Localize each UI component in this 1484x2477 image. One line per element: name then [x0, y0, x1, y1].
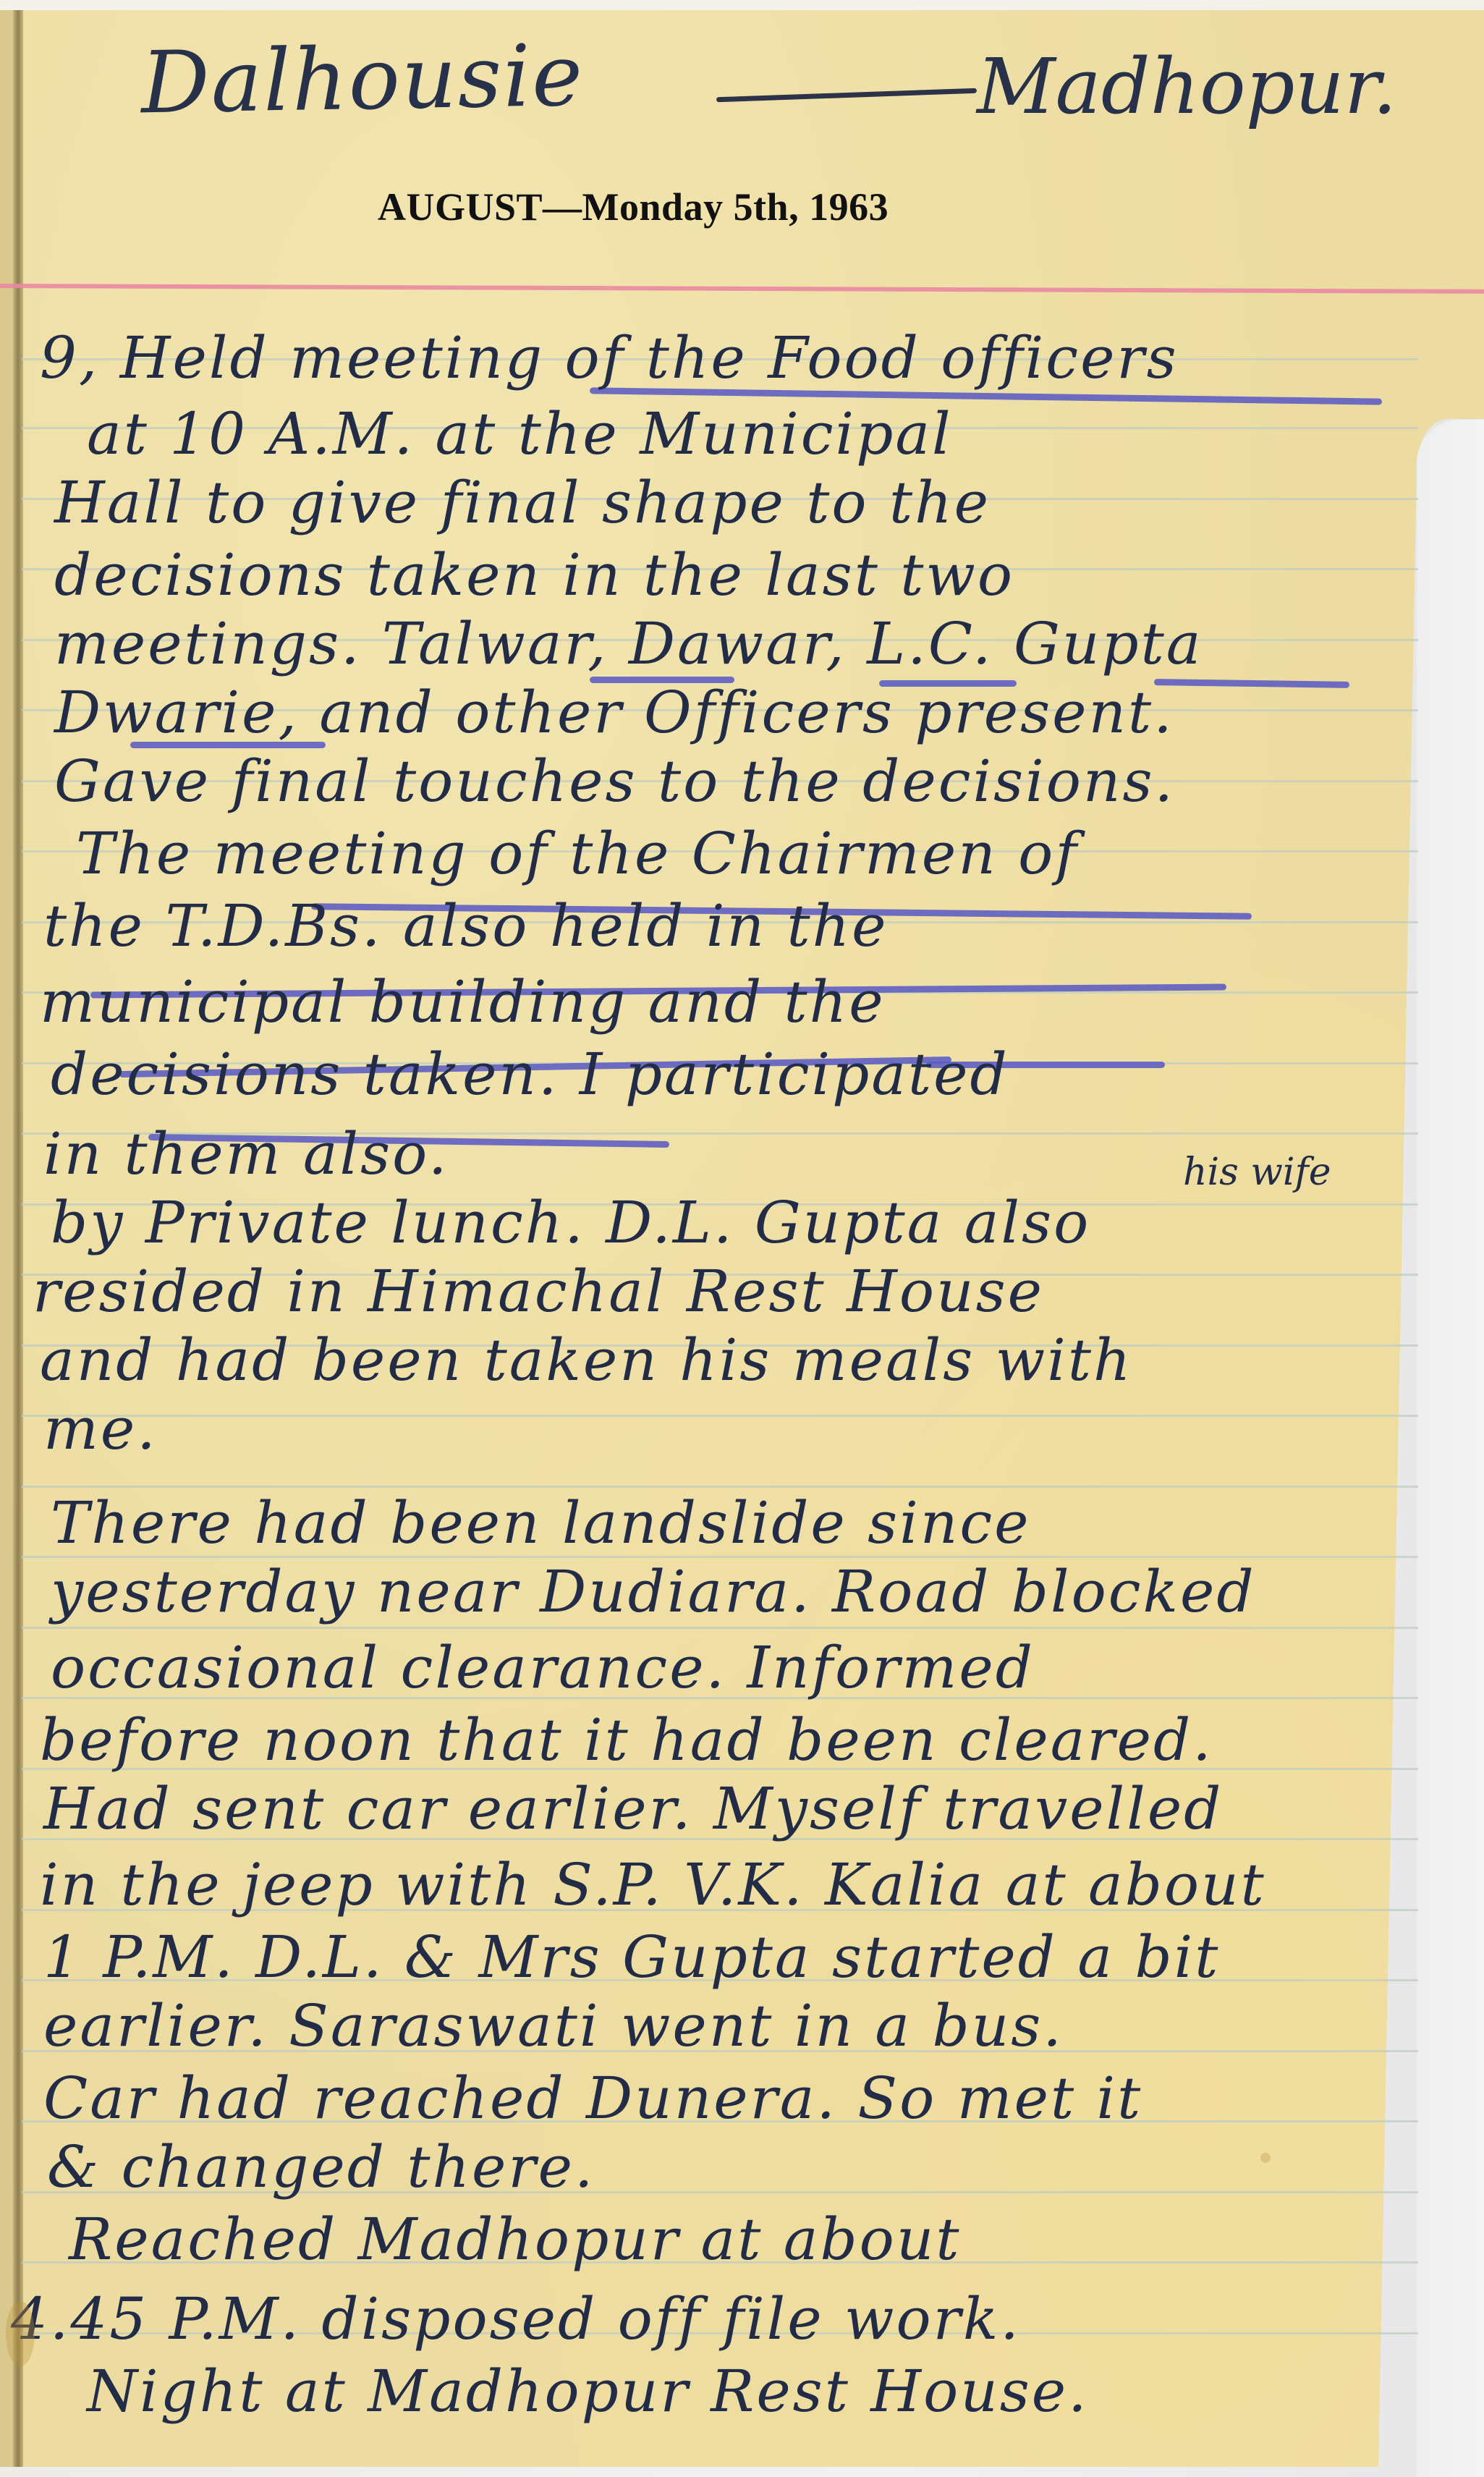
- handwritten-line: The meeting of the Chairmen of: [76, 825, 1079, 883]
- handwritten-line: in the jeep with S.P. V.K. Kalia at abou…: [40, 1856, 1266, 1914]
- route-destination-handwritten: Madhopur.: [977, 42, 1397, 131]
- handwritten-line: 4.45 P.M. disposed off file work.: [11, 2290, 1021, 2348]
- handwritten-line: and had been taken his meals with: [40, 1331, 1132, 1389]
- handwritten-line: decisions taken in the last two: [54, 546, 1014, 604]
- handwritten-line: Night at Madhopur Rest House.: [87, 2363, 1089, 2421]
- handwritten-line: municipal building and the: [40, 973, 886, 1031]
- handwritten-line: earlier. Saraswati went in a bus.: [43, 1997, 1064, 2055]
- printed-date-heading: AUGUST—Monday 5th, 1963: [378, 185, 889, 229]
- handwritten-line: in them also.: [43, 1125, 449, 1183]
- ruled-line: [22, 1415, 1418, 1417]
- ruled-line: [22, 1486, 1418, 1488]
- handwritten-line: occasional clearance. Informed: [51, 1639, 1035, 1697]
- handwritten-line: by Private lunch. D.L. Gupta also: [51, 1194, 1090, 1252]
- handwritten-line: Had sent car earlier. Myself travelled: [43, 1780, 1223, 1838]
- handwritten-line: Gave final touches to the decisions.: [54, 753, 1175, 810]
- book-binding-spine: [13, 10, 23, 2467]
- handwritten-line: Car had reached Dunera. So met it: [43, 2070, 1142, 2127]
- paper-stain: [1260, 2153, 1271, 2163]
- page-top-edge: [0, 0, 1484, 10]
- handwritten-line: decisions taken. I participated: [51, 1046, 1009, 1104]
- handwritten-line: yesterday near Dudiara. Road blocked: [51, 1563, 1256, 1621]
- handwritten-line: meetings. Talwar, Dawar, L.C. Gupta: [54, 615, 1203, 673]
- handwritten-line: There had been landslide since: [51, 1494, 1031, 1552]
- handwritten-line: 9, Held meeting of the Food officers: [40, 329, 1179, 387]
- handwritten-insertion: his wife: [1183, 1151, 1331, 1194]
- paper-stain: [6, 2301, 35, 2366]
- handwritten-line: at 10 A.M. at the Municipal: [87, 405, 953, 463]
- binding-margin: [0, 10, 13, 2467]
- handwritten-line: me.: [43, 1400, 158, 1458]
- handwritten-line: Reached Madhopur at about: [69, 2211, 962, 2269]
- handwritten-line: the T.D.Bs. also held in the: [43, 897, 888, 955]
- route-origin-handwritten: Dalhousie: [140, 25, 585, 133]
- handwritten-line: Hall to give final shape to the: [54, 474, 991, 532]
- handwritten-line: before noon that it had been cleared.: [40, 1711, 1213, 1769]
- handwritten-line: Dwarie, and other Officers present.: [54, 684, 1174, 742]
- handwritten-line: resided in Himachal Rest House: [33, 1263, 1044, 1321]
- handwritten-line: & changed there.: [47, 2138, 595, 2196]
- ruled-line: [22, 1627, 1418, 1629]
- page-cutout-edge: [1417, 420, 1484, 2477]
- handwritten-line: 1 P.M. D.L. & Mrs Gupta started a bit: [43, 1928, 1220, 1986]
